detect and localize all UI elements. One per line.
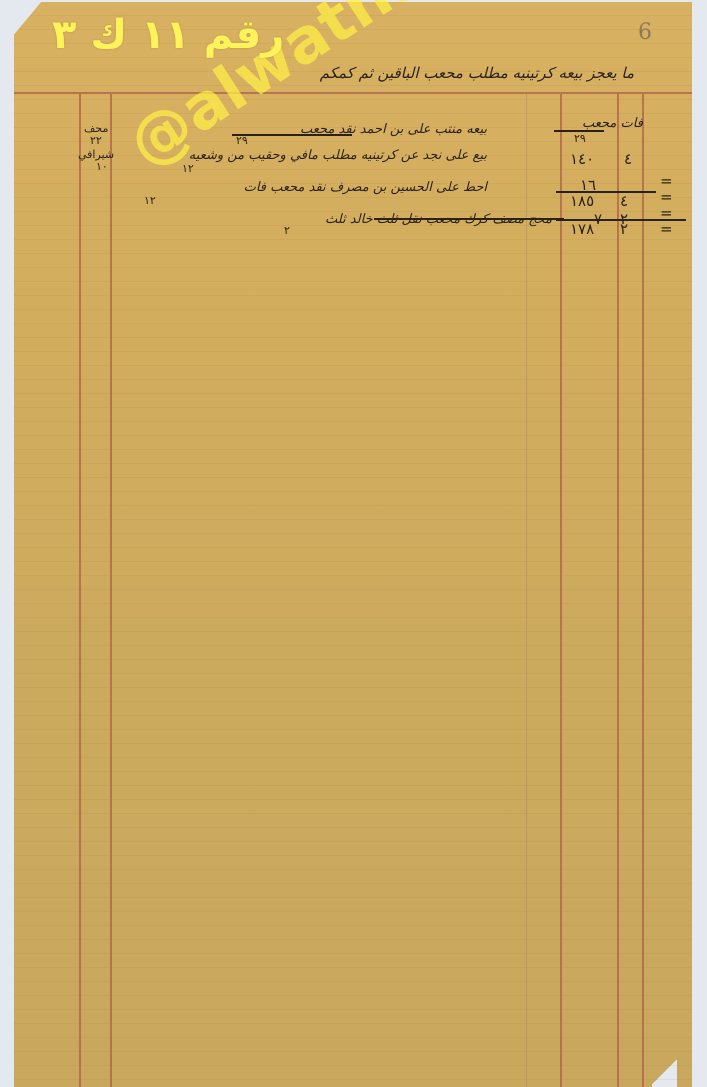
entry-1-amount: ٢٩ — [574, 132, 586, 145]
margin-note-2: ٢٢ — [90, 134, 102, 147]
entry-1-underline — [232, 134, 352, 136]
column-heading: فات محعب — [582, 116, 643, 131]
entry-4-sub: ٢ — [284, 224, 290, 237]
column-rule-unit — [617, 94, 619, 1087]
margin-note-4: ١٠ — [96, 160, 108, 173]
subtotal-1-amount: ١٨٥ — [570, 192, 594, 210]
header-rule — [14, 92, 692, 94]
column-rule-amount — [560, 94, 562, 1087]
entry-4-text: محج مصف كرك محعب نقل ثلث خالد ثلث — [325, 212, 552, 227]
subtotal-1-unit: ٤ — [620, 192, 628, 210]
entry-2-amount: ١٤٠ — [570, 150, 594, 168]
column-rule-text — [526, 94, 527, 1087]
entry-2-unit: ٤ — [624, 150, 632, 168]
watermark-title: رقم ١١ ك ٣ — [52, 12, 284, 58]
margin-rule-inner — [110, 94, 112, 1087]
entry-3-sub: ١٢ — [144, 194, 156, 207]
equals-mark-4: = — [660, 220, 673, 238]
entry-2-text: بيع على نجد عن كرتينيه مطلب مافي وحقيب م… — [189, 148, 487, 163]
margin-rule-left — [79, 94, 81, 1087]
entry-1-sub: ٢٩ — [236, 134, 248, 147]
column-rule-right — [642, 94, 644, 1087]
total-unit: ٢ — [620, 220, 628, 238]
entry-3-text: احط على الحسين بن مصرف نقد محعب فات — [244, 180, 487, 195]
total-amount: ١٧٨ — [570, 220, 594, 238]
ledger-page: 6 ما يعجز بيعه كرتينيه مطلب محعب الباقين… — [14, 2, 692, 1087]
page-number: 6 — [638, 20, 652, 45]
entry-2-sub: ١٢ — [182, 162, 194, 175]
entry-4-leader — [374, 218, 564, 220]
page-corner-fold — [652, 1057, 677, 1087]
